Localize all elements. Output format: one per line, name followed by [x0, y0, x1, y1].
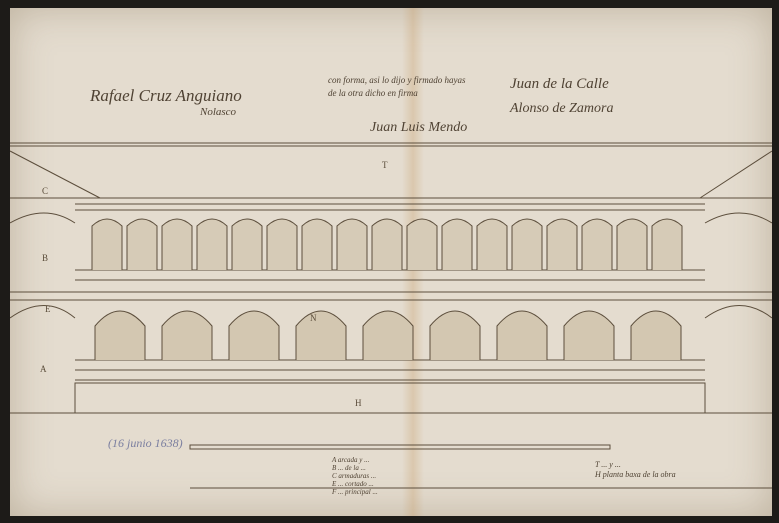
- date-note: (16 junio 1638): [108, 436, 183, 451]
- legend-item: T ... y ...: [595, 460, 676, 470]
- signature-left: Rafael Cruz Anguiano: [90, 86, 242, 106]
- signature-left-sub: Nolasco: [200, 106, 236, 118]
- legend-item: A arcada y ...: [332, 456, 378, 464]
- legend-right: T ... y ... H planta baxa de la obra: [595, 460, 676, 480]
- drawing-sheet: Rafael Cruz Anguiano Nolasco con forma, …: [10, 8, 772, 516]
- section-letter-n: N: [310, 313, 317, 323]
- section-letter-h: H: [355, 398, 362, 408]
- legend-item: B ... de la ...: [332, 464, 378, 472]
- center-note-line1: con forma, asi lo dijo y firmado hayas: [328, 74, 466, 87]
- center-note-line2: de la otra dicho en firma: [328, 87, 466, 100]
- signature-right-2: Alonso de Zamora: [510, 101, 613, 117]
- section-letter-a: A: [40, 364, 47, 374]
- signature-center: Juan Luis Mendo: [370, 120, 467, 136]
- signature-right-1: Juan de la Calle: [510, 76, 609, 93]
- center-note: con forma, asi lo dijo y firmado hayas d…: [328, 74, 466, 100]
- legend-item: H planta baxa de la obra: [595, 470, 676, 480]
- legend-item: F ... principal ...: [332, 488, 378, 496]
- legend-left: A arcada y ... B ... de la ... C armadur…: [332, 456, 378, 496]
- section-letter-b: B: [42, 253, 48, 263]
- legend-item: C armaduras ...: [332, 472, 378, 480]
- section-letter-c: C: [42, 186, 48, 196]
- section-letter-e: E: [45, 304, 51, 314]
- legend-item: E ... cortado ...: [332, 480, 378, 488]
- section-letter-t: T: [382, 160, 388, 170]
